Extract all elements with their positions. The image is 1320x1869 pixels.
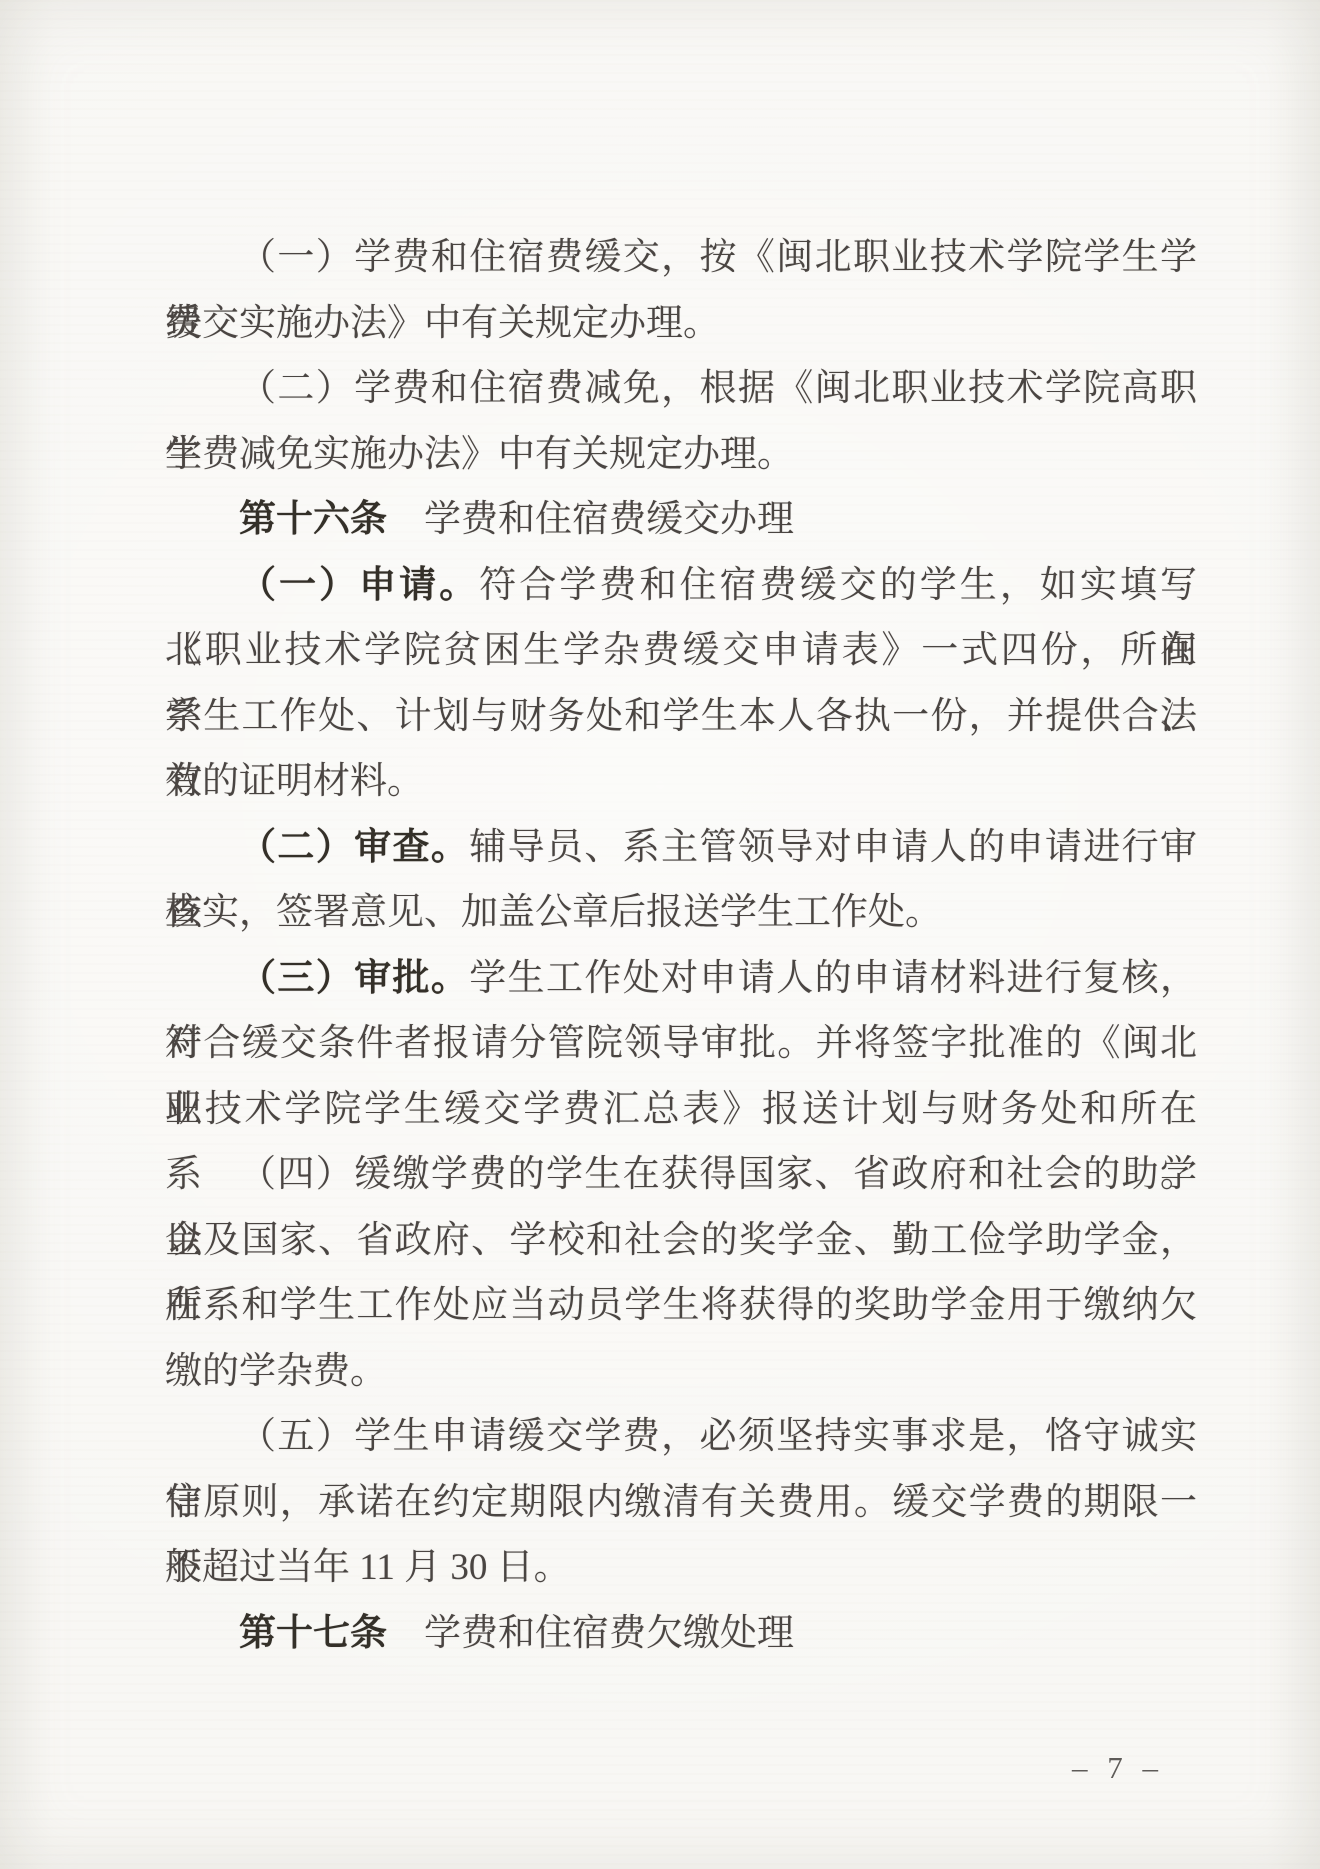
body-text: 不超过当年 11 月 30 日。	[165, 1547, 571, 1588]
text-line: （二）审查。辅导员、系主管领导对申请人的申请进行审查	[165, 815, 1197, 881]
body-text: 学费减免实施办法》中有关规定办理。	[165, 434, 794, 475]
text-line: 核实，签署意见、加盖公章后报送学生工作处。	[165, 880, 1197, 946]
text-line: 缴的学杂费。	[165, 1339, 1197, 1405]
text-line: 学生工作处、计划与财务处和学生本人各执一份，并提供合法有	[165, 684, 1197, 750]
emphasis-text: （一）申请。	[239, 565, 479, 606]
body-text: 效的证明材料。	[165, 761, 424, 802]
paragraph: （一）学费和住宿费缓交，按《闽北职业技术学院学生学费缓交实施办法》中有关规定办理…	[165, 225, 1197, 356]
text-line: 缓交实施办法》中有关规定办理。	[165, 291, 1197, 357]
page-number: – 7 –	[1072, 1750, 1164, 1786]
document-body: （一）学费和住宿费缓交，按《闽北职业技术学院学生学费缓交实施办法》中有关规定办理…	[165, 225, 1197, 1666]
paragraph: （一）申请。符合学费和住宿费缓交的学生，如实填写《闽北职业技术学院贫困生学杂费缓…	[165, 553, 1197, 815]
emphasis-text: 第十七条	[239, 1613, 387, 1654]
text-line: （三）审批。学生工作处对申请人的申请材料进行复核，对	[165, 946, 1197, 1012]
text-line: （一）学费和住宿费缓交，按《闽北职业技术学院学生学费	[165, 225, 1197, 291]
text-line: 第十六条 学费和住宿费缓交办理	[165, 487, 1197, 553]
text-line: （五）学生申请缓交学费，必须坚持实事求是，恪守诚实守	[165, 1404, 1197, 1470]
paragraph: （四）缓缴学费的学生在获得国家、省政府和社会的助学金以及国家、省政府、学校和社会…	[165, 1142, 1197, 1404]
text-line: 学费减免实施办法》中有关规定办理。	[165, 422, 1197, 488]
paragraph: 第十六条 学费和住宿费缓交办理	[165, 487, 1197, 553]
emphasis-text: （三）审批。	[239, 958, 469, 999]
text-line: （四）缓缴学费的学生在获得国家、省政府和社会的助学金	[165, 1142, 1197, 1208]
body-text: 核实，签署意见、加盖公章后报送学生工作处。	[165, 892, 942, 933]
text-line: 效的证明材料。	[165, 749, 1197, 815]
paragraph: 第十七条 学费和住宿费欠缴处理	[165, 1601, 1197, 1667]
text-line: 北职业技术学院贫困生学杂费缓交申请表》一式四份，所在系、	[165, 618, 1197, 684]
body-text: 学费和住宿费缓交办理	[387, 499, 794, 540]
paragraph: （二）审查。辅导员、系主管领导对申请人的申请进行审查核实，签署意见、加盖公章后报…	[165, 815, 1197, 946]
body-text: 缓交实施办法》中有关规定办理。	[165, 303, 720, 344]
text-line: 以及国家、省政府、学校和社会的奖学金、勤工俭学助学金，所	[165, 1208, 1197, 1274]
text-line: （一）申请。符合学费和住宿费缓交的学生，如实填写《闽	[165, 553, 1197, 619]
text-line: 第十七条 学费和住宿费欠缴处理	[165, 1601, 1197, 1667]
text-line: 业技术学院学生缓交学费汇总表》报送计划与财务处和所在系。	[165, 1077, 1197, 1143]
paragraph: （二）学费和住宿费减免，根据《闽北职业技术学院高职生学费减免实施办法》中有关规定…	[165, 356, 1197, 487]
body-text: 缴的学杂费。	[165, 1351, 387, 1392]
text-line: 符合缓交条件者报请分管院领导审批。并将签字批准的《闽北职	[165, 1011, 1197, 1077]
text-line: 不超过当年 11 月 30 日。	[165, 1535, 1197, 1601]
emphasis-text: （二）审查。	[239, 827, 469, 868]
emphasis-text: 第十六条	[239, 499, 387, 540]
text-line: （二）学费和住宿费减免，根据《闽北职业技术学院高职生	[165, 356, 1197, 422]
paragraph: （五）学生申请缓交学费，必须坚持实事求是，恪守诚实守信原则，承诺在约定期限内缴清…	[165, 1404, 1197, 1601]
body-text: 在系和学生工作处应当动员学生将获得的奖助学金用于缴纳欠	[165, 1285, 1197, 1326]
body-text: 学费和住宿费欠缴处理	[387, 1613, 794, 1654]
text-line: 在系和学生工作处应当动员学生将获得的奖助学金用于缴纳欠	[165, 1273, 1197, 1339]
text-line: 信原则，承诺在约定期限内缴清有关费用。缓交学费的期限一般	[165, 1470, 1197, 1536]
paragraph: （三）审批。学生工作处对申请人的申请材料进行复核，对符合缓交条件者报请分管院领导…	[165, 946, 1197, 1143]
